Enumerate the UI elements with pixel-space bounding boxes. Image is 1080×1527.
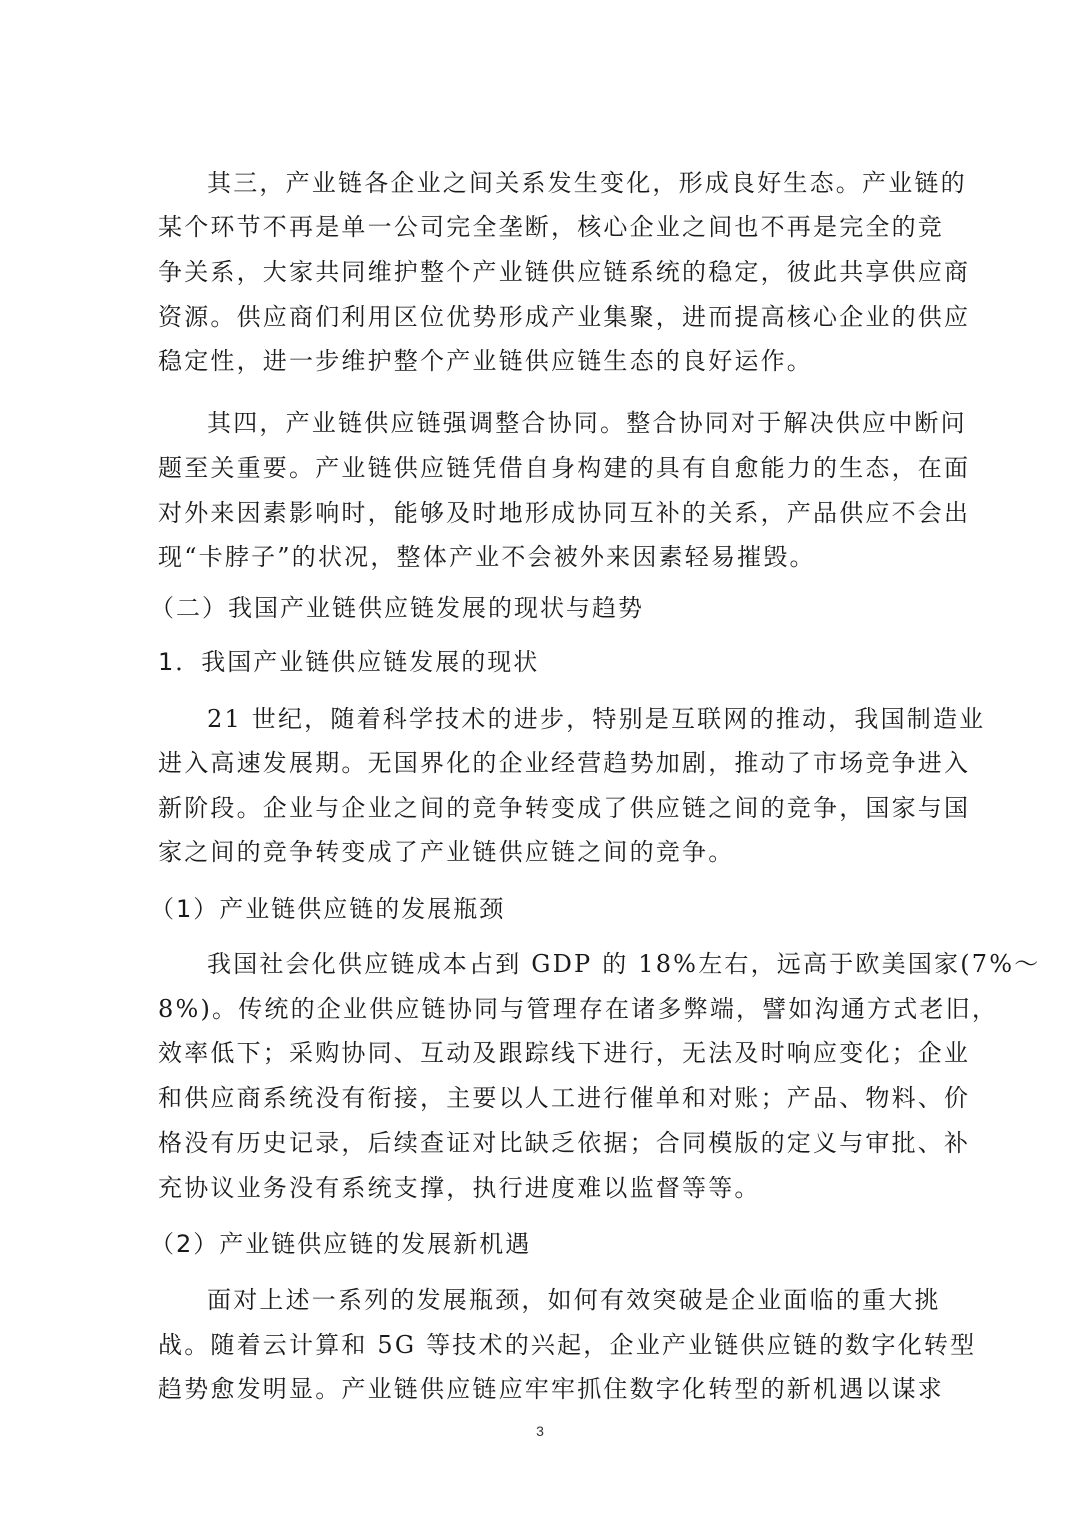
paragraph-line: 某个环节不再是单一公司完全垄断，核心企业之间也不再是完全的竞: [158, 211, 930, 243]
paragraph-line: 效率低下；采购协同、互动及跟踪线下进行，无法及时响应变化；企业: [158, 1037, 930, 1069]
subsection-heading: 1．我国产业链供应链发展的现状: [158, 646, 930, 678]
paragraph-line: 我国社会化供应链成本占到 GDP 的 18%左右，远高于欧美国家(7%～: [207, 948, 930, 980]
page-number: 3: [0, 1423, 1080, 1439]
paragraph-line: 进入高速发展期。无国界化的企业经营趋势加剧，推动了市场竞争进入: [158, 747, 930, 779]
paragraph-line: 新阶段。企业与企业之间的竞争转变成了供应链之间的竞争，国家与国: [158, 792, 930, 824]
paragraph-line: 其四，产业链供应链强调整合协同。整合协同对于解决供应中断问: [207, 407, 930, 439]
paragraph-line: 和供应商系统没有衔接，主要以人工进行催单和对账；产品、物料、价: [158, 1082, 930, 1114]
paragraph-line: 充协议业务没有系统支撑，执行进度难以监督等等。: [158, 1172, 930, 1204]
paragraph-line: 趋势愈发明显。产业链供应链应牢牢抓住数字化转型的新机遇以谋求: [158, 1373, 930, 1405]
paragraph-line: 题至关重要。产业链供应链凭借自身构建的具有自愈能力的生态，在面: [158, 452, 930, 484]
paragraph-line: 格没有历史记录，后续查证对比缺乏依据；合同模版的定义与审批、补: [158, 1127, 930, 1159]
paragraph-line: 对外来因素影响时，能够及时地形成协同互补的关系，产品供应不会出: [158, 497, 930, 529]
paragraph-line: 稳定性，进一步维护整个产业链供应链生态的良好运作。: [158, 345, 930, 377]
paragraph-line: 家之间的竞争转变成了产业链供应链之间的竞争。: [158, 836, 930, 868]
paragraph-line: 面对上述一系列的发展瓶颈，如何有效突破是企业面临的重大挑: [207, 1284, 930, 1316]
paragraph-line: 现“卡脖子”的状况，整体产业不会被外来因素轻易摧毁。: [158, 541, 930, 573]
paragraph-line: 21 世纪，随着科学技术的进步，特别是互联网的推动，我国制造业: [207, 703, 930, 735]
paragraph-line: 争关系，大家共同维护整个产业链供应链系统的稳定，彼此共享供应商: [158, 256, 930, 288]
section-heading: （二）我国产业链供应链发展的现状与趋势: [150, 592, 922, 624]
paragraph-line: 其三，产业链各企业之间关系发生变化，形成良好生态。产业链的: [207, 167, 930, 199]
paragraph-line: 8%)。传统的企业供应链协同与管理存在诸多弊端，譬如沟通方式老旧，: [158, 993, 930, 1025]
paragraph-line: 战。随着云计算和 5G 等技术的兴起，企业产业链供应链的数字化转型: [158, 1329, 930, 1361]
item-heading: （1）产业链供应链的发展瓶颈: [150, 893, 922, 925]
paragraph-line: 资源。供应商们利用区位优势形成产业集聚，进而提高核心企业的供应: [158, 301, 930, 333]
item-heading: （2）产业链供应链的发展新机遇: [150, 1228, 922, 1260]
document-page: 其三，产业链各企业之间关系发生变化，形成良好生态。产业链的 某个环节不再是单一公…: [0, 0, 1080, 1527]
